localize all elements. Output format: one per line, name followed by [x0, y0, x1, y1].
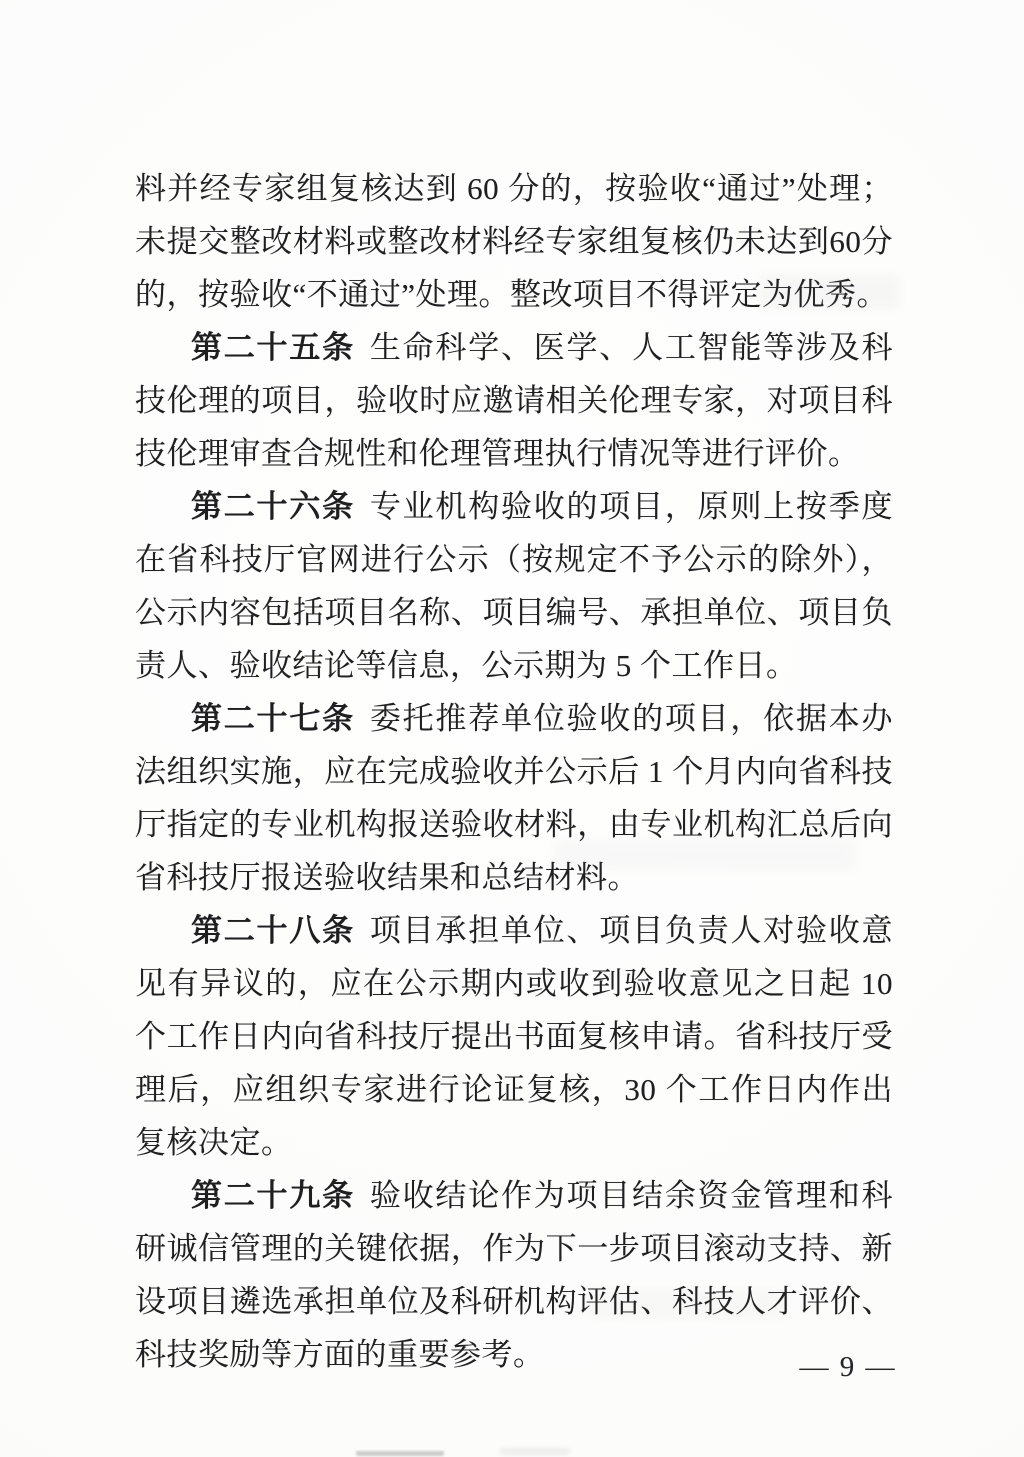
paragraph-text: 料并经专家组复核达到 60 分的，按验收“通过”处理；未提交整改材料或整改材料经…	[135, 171, 893, 312]
paragraph-article-29: 第二十九条验收结论作为项目结余资金管理和科研诚信管理的关键依据，作为下一步项目滚…	[135, 1169, 893, 1381]
paragraph-text: 项目承担单位、项目负责人对验收意见有异议的，应在公示期内或收到验收意见之日起 1…	[135, 913, 893, 1160]
article-heading: 第二十九条	[191, 1178, 355, 1213]
document-body: 料并经专家组复核达到 60 分的，按验收“通过”处理；未提交整改材料或整改材料经…	[135, 162, 893, 1381]
article-heading: 第二十五条	[191, 330, 355, 365]
paragraph-article-25: 第二十五条生命科学、医学、人工智能等涉及科技伦理的项目，验收时应邀请相关伦理专家…	[135, 321, 893, 480]
paragraph-continuation: 料并经专家组复核达到 60 分的，按验收“通过”处理；未提交整改材料或整改材料经…	[135, 162, 893, 321]
paragraph-article-28: 第二十八条项目承担单位、项目负责人对验收意见有异议的，应在公示期内或收到验收意见…	[135, 904, 893, 1169]
paragraph-article-27: 第二十七条委托推荐单位验收的项目，依据本办法组织实施，应在完成验收并公示后 1 …	[135, 692, 893, 904]
paragraph-article-26: 第二十六条专业机构验收的项目，原则上按季度在省科技厅官网进行公示（按规定不予公示…	[135, 480, 893, 692]
article-heading: 第二十六条	[191, 489, 355, 524]
article-heading: 第二十七条	[191, 701, 355, 736]
document-page: 料并经专家组复核达到 60 分的，按验收“通过”处理；未提交整改材料或整改材料经…	[0, 0, 1024, 1457]
page-number: — 9 —	[793, 1346, 903, 1388]
scan-smudge	[500, 1448, 570, 1455]
scan-smudge	[356, 1451, 444, 1456]
article-heading: 第二十八条	[191, 913, 355, 948]
